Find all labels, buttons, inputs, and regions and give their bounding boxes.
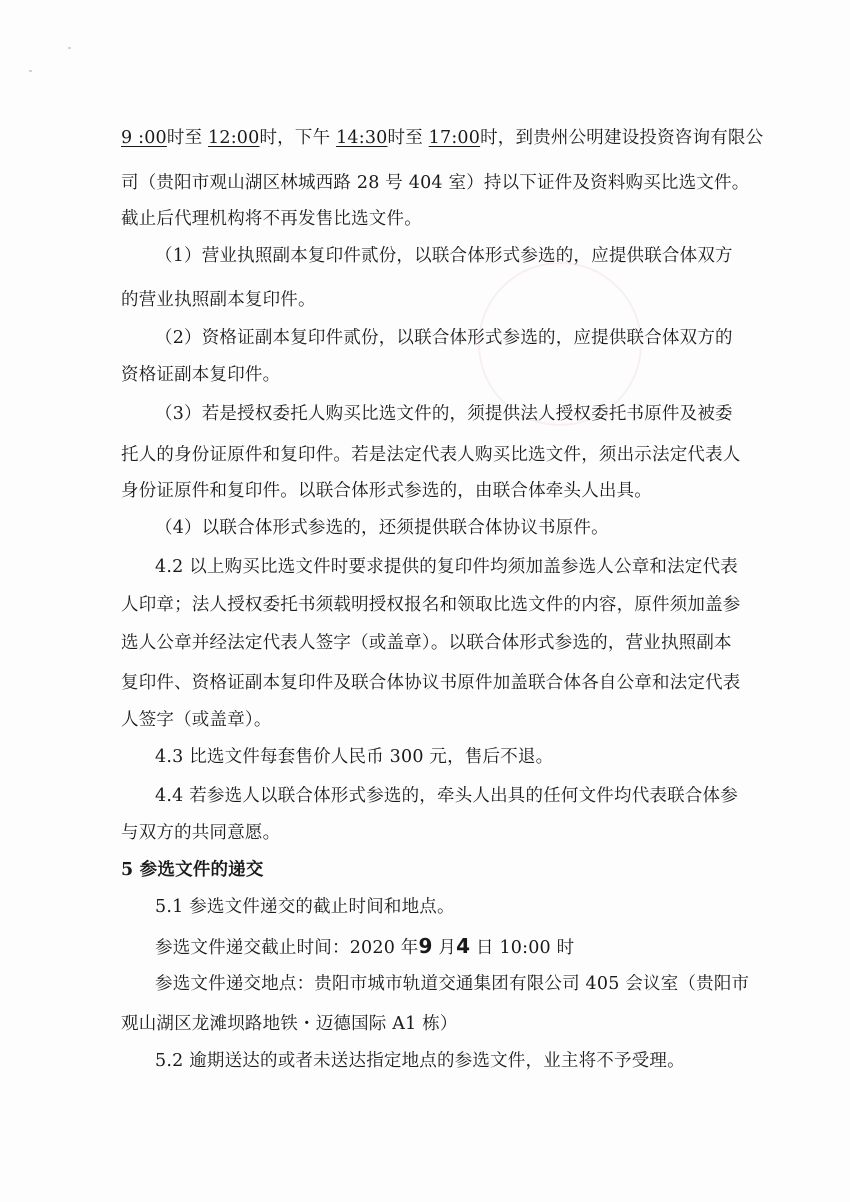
section-4-2-line-4: 复印件、资格证副本复印件及联合体协议书原件加盖联合体各自公章和法定代表 <box>121 672 741 694</box>
item-3-line-1: （3）若是授权委托人购买比选文件的，须提供法人授权委托书原件及被委 <box>155 403 733 425</box>
section-4-3-line-1: 4.3 比选文件每套售价人民币 300 元，售后不退。 <box>155 746 553 768</box>
place-line-1: 参选文件递交地点：贵阳市城市轨道交通集团有限公司 405 会议室（贵阳市 <box>155 973 749 995</box>
section-4-4-line-1: 4.4 若参选人以联合体形式参选的，牵头人出具的任何文件均代表联合体参 <box>155 785 738 807</box>
scan-speck <box>68 47 71 49</box>
scan-speck <box>29 70 32 72</box>
handwritten-month: 9 <box>419 934 433 958</box>
document-page: 9 :00时至 12:00时，下午 14:30时至 17:00时，到贵州公明建设… <box>0 0 850 1202</box>
section-5-2-line-1: 5.2 逾期送达的或者未送达指定地点的参选文件，业主将不予受理。 <box>155 1050 685 1072</box>
section-4-2-line-1: 4.2 以上购买比选文件时要求提供的复印件均须加盖参选人公章和法定代表 <box>155 556 738 578</box>
section-4-2-line-3: 选人公章并经法定代表人签字（或盖章）。以联合体形式参选的，营业执照副本 <box>121 632 732 654</box>
section-5-1-line-1: 5.1 参选文件递交的截止时间和地点。 <box>155 896 455 918</box>
item-1-line-1: （1）营业执照副本复印件贰份，以联合体形式参选的，应提供联合体双方 <box>155 245 733 267</box>
intro-line-1: 9 :00时至 12:00时，下午 14:30时至 17:00时，到贵州公明建设… <box>121 127 763 149</box>
item-3-line-2: 托人的身份证原件和复印件。若是法定代表人购买比选文件，须出示法定代表人 <box>121 444 741 466</box>
item-2-line-2: 资格证副本复印件。 <box>121 364 280 386</box>
deadline-line: 参选文件递交截止时间：2020 年9 月4 日 10:00 时 <box>155 935 574 959</box>
item-2-line-1: （2）资格证副本复印件贰份，以联合体形式参选的，应提供联合体双方的 <box>155 327 733 349</box>
section-5-heading: 5 参选文件的递交 <box>121 859 264 881</box>
intro-line-2: 司（贵阳市观山湖区林城西路 28 号 404 室）持以下证件及资料购买比选文件。 <box>121 172 749 194</box>
section-4-2-line-5: 人签字（或盖章）。 <box>121 709 272 731</box>
item-3-line-3: 身份证原件和复印件。以联合体形式参选的，由联合体牵头人出具。 <box>121 480 652 502</box>
section-4-4-line-2: 与双方的共同意愿。 <box>121 822 280 844</box>
item-1-line-2: 的营业执照副本复印件。 <box>121 289 316 311</box>
intro-line-3: 截止后代理机构将不再发售比选文件。 <box>121 208 422 230</box>
item-4-line-1: （4）以联合体形式参选的，还须提供联合体协议书原件。 <box>155 517 609 539</box>
place-line-2: 观山湖区龙滩坝路地铁・迈德国际 A1 栋） <box>121 1013 458 1035</box>
handwritten-day: 4 <box>456 934 470 958</box>
time-start-morning: 9 :00 <box>121 128 167 148</box>
section-4-2-line-2: 人印章；法人授权委托书须载明授权报名和领取比选文件的内容，原件须加盖参 <box>121 594 741 616</box>
time-end-morning: 12:00 <box>208 128 259 148</box>
time-end-afternoon: 17:00 <box>429 128 480 148</box>
time-start-afternoon: 14:30 <box>336 128 387 148</box>
